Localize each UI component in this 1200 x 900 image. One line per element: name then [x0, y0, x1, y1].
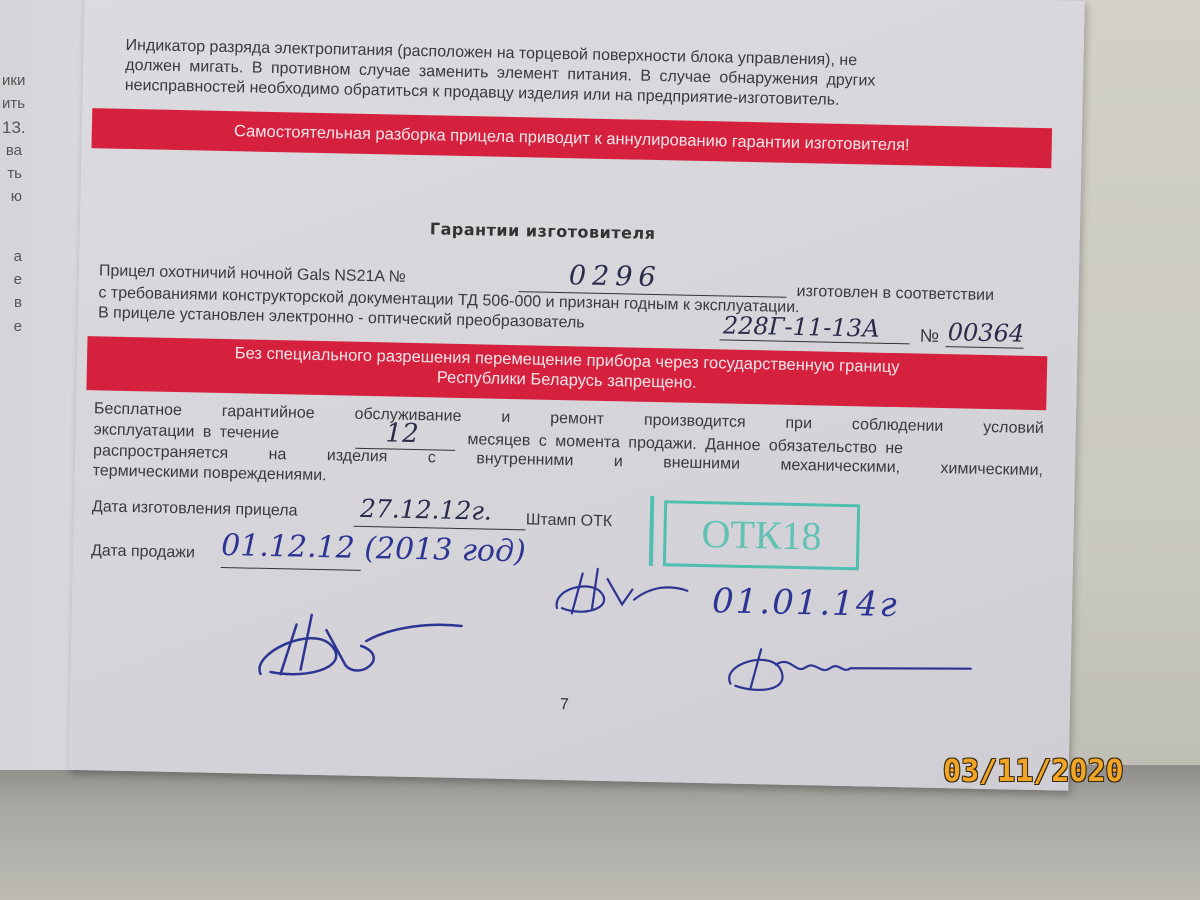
serial-handwritten: 0296: [569, 260, 662, 293]
warranty-page: Индикатор разряда электропитания (распол…: [68, 0, 1084, 791]
warning-banner-text: Самостоятельная разборка прицела приводи…: [234, 122, 910, 154]
extra-date-handwritten: 01.01.14г: [712, 581, 899, 625]
seller-initials-signature: [552, 558, 693, 621]
warranty-line: термическими повреждениями.: [93, 462, 327, 485]
left-page-fragment: ики: [2, 72, 22, 89]
product-suffix: изготовлен в соответствии: [796, 283, 994, 305]
second-signature: [720, 623, 981, 698]
seller-signature: [250, 584, 502, 689]
sale-date-label: Дата продажи: [91, 542, 195, 562]
left-page-fragment: ть: [2, 165, 22, 182]
border-warning-banner: Без специального разрешения перемещение …: [86, 336, 1047, 410]
page-number: 7: [560, 696, 569, 714]
left-page-fragment: е: [2, 318, 22, 335]
manufacture-date-underline: [354, 526, 526, 531]
left-page-fragment: ю: [2, 188, 22, 205]
stamp-bar: [649, 496, 654, 566]
section-title: Гарантии изготовителя: [430, 219, 656, 243]
warranty-line2-prefix: эксплуатации в течение: [93, 421, 279, 443]
converter-number-handwritten: 00364: [948, 318, 1025, 348]
left-page-fragment: е: [2, 271, 22, 288]
left-page-fragment: ить: [2, 95, 22, 112]
warning-banner: Самостоятельная разборка прицела приводи…: [91, 108, 1052, 168]
sale-date-underline: [221, 567, 361, 571]
sale-date-handwritten: 01.12.12 (2013 год): [221, 528, 526, 569]
left-page-fragment: ва: [2, 142, 22, 159]
converter-number-label: №: [920, 326, 940, 347]
left-page-fragment: а: [2, 248, 22, 265]
stamp-label: Штамп ОТК: [526, 511, 613, 531]
photo-timestamp: 03/11/2020: [943, 754, 1124, 789]
left-page-fragment: 13.: [2, 118, 22, 138]
left-page-fragment: в: [2, 294, 22, 311]
product-label: Прицел охотничий ночной Gals NS21A №: [99, 262, 406, 286]
months-handwritten: 12: [385, 418, 419, 449]
converter-model-handwritten: 228Г-11-13А: [723, 311, 881, 342]
otk-stamp: ОТК18: [663, 500, 860, 570]
otk-stamp-text: ОТК18: [701, 511, 822, 559]
manufacture-date-label: Дата изготовления прицела: [92, 498, 298, 520]
manufacture-date-handwritten: 27.12.12г.: [360, 494, 493, 526]
